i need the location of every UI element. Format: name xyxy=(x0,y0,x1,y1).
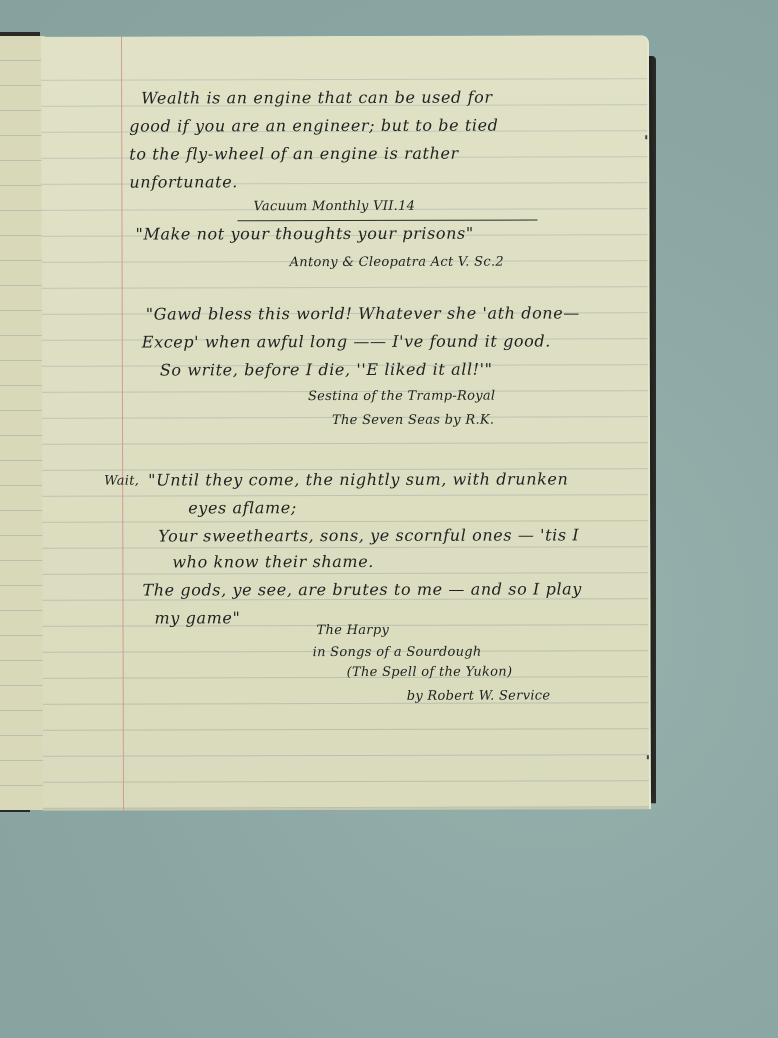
entry-1-line-2: good if you are an engineer; but to be t… xyxy=(129,118,498,135)
page-edge-mark xyxy=(645,135,647,139)
entry-2-quote: "Make not your thoughts your prisons" xyxy=(135,226,473,243)
margin-note: Wait, xyxy=(104,475,139,488)
entry-4-source-book: in Songs of a Sourdough xyxy=(313,646,482,659)
entry-1-line-4: unfortunate. xyxy=(129,174,238,190)
red-margin-line xyxy=(121,37,124,811)
entry-3-line-3: So write, before I die, ''E liked it all… xyxy=(160,362,493,379)
entry-4-line-3: Your sweethearts, sons, ye scornful ones… xyxy=(158,527,579,544)
entry-3-source-collection: The Seven Seas by R.K. xyxy=(332,414,494,427)
entry-2-source: Antony & Cleopatra Act V. Sc.2 xyxy=(290,256,504,270)
entry-4-line-6: my game" xyxy=(154,610,240,626)
entry-4-source-alt-title: (The Spell of the Yukon) xyxy=(347,666,513,679)
entry-1-line-3: to the fly-wheel of an engine is rather xyxy=(129,146,459,163)
entry-4-source-poem: The Harpy xyxy=(317,624,390,637)
entry-1-line-1: Wealth is an engine that can be used for xyxy=(141,90,492,107)
entry-4-source-author: by Robert W. Service xyxy=(407,689,551,702)
entry-4-line-5: The gods, ye see, are brutes to me — and… xyxy=(142,581,582,598)
notebook-page: Wealth is an engine that can be used for… xyxy=(41,35,651,811)
entry-1-source: Vacuum Monthly VII.14 xyxy=(253,200,415,213)
entry-4-line-4: who know their shame. xyxy=(172,554,374,571)
entry-4-line-1: "Until they come, the nightly sum, with … xyxy=(148,471,568,488)
entry-3-line-1: "Gawd bless this world! Whatever she 'at… xyxy=(146,305,580,322)
previous-page-sliver xyxy=(0,36,45,810)
page-edge-mark xyxy=(647,755,649,759)
source-underline xyxy=(237,219,537,221)
entry-3-line-2: Excep' when awful long —— I've found it … xyxy=(142,333,551,350)
entry-4-line-2: eyes aflame; xyxy=(188,500,297,516)
entry-3-source-title: Sestina of the Tramp-Royal xyxy=(308,390,495,403)
